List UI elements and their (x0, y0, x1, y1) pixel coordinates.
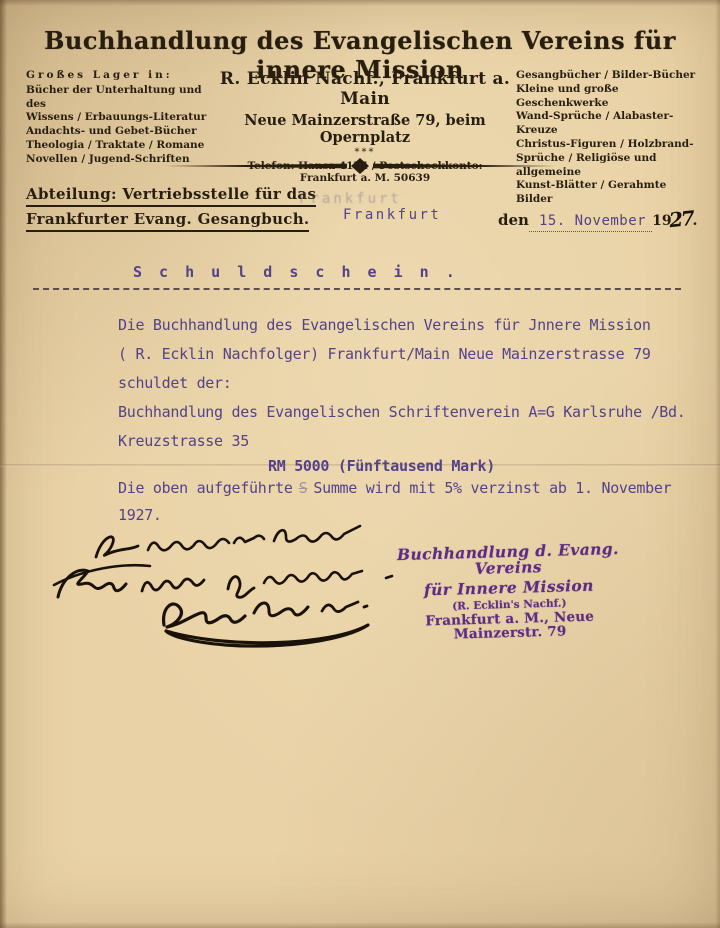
signature-line-board (96, 526, 360, 557)
dateline: den15. November1927. (498, 206, 698, 232)
typed-dashed-rule (33, 288, 681, 290)
signature-line-names (54, 565, 392, 597)
company-rubber-stamp: Buchhandlung d. Evang. Vereins für Inner… (382, 541, 637, 644)
body-line: Kreuzstrasse 35 (118, 432, 249, 450)
stock-list-line: Gesangbücher / Bilder-Bücher (516, 69, 702, 83)
stock-list-line: Kunst-Blätter / Gerahmte Bilder (516, 179, 702, 207)
proprietor-address: Neue Mainzerstraße 79, beim Opernplatz (218, 112, 512, 146)
divider-left-taper (165, 164, 347, 169)
stock-list-line: Theologia / Traktate / Romane (26, 139, 214, 153)
scanned-letter-page: Buchhandlung des Evangelischen Vereins f… (0, 0, 720, 928)
stock-list-heading: Großes Lager in: (26, 69, 214, 83)
typed-city: Frankfurt (343, 207, 441, 223)
divider-right-taper (373, 164, 555, 169)
interest-line: Die oben aufgeführteSSumme wird mit 5% v… (118, 479, 671, 497)
body-line: Buchhandlung des Evangelischen Schriften… (118, 403, 686, 421)
ghost-city-stamp: Frankfurt (299, 191, 402, 207)
signature-line-chair (164, 602, 368, 646)
interest-line-start: Die oben aufgeführte (118, 479, 293, 497)
stamp-line: Buchhandlung d. Evang. Vereins (382, 541, 635, 579)
date-dotted-leader: 15. November (529, 211, 652, 232)
department-block: Abteilung: Vertriebsstelle für das Frank… (26, 187, 316, 237)
interest-year-line: 1927. (118, 506, 162, 524)
stock-list-line: Kleine und große Geschenkwerke (516, 83, 702, 111)
department-line: Abteilung: Vertriebsstelle für das (26, 187, 316, 207)
paper-edge-shadow-top (0, 0, 720, 6)
interest-line-end: Summe wird mit 5% verzinst ab 1. Novembe… (313, 479, 671, 497)
date-prefix: den (498, 211, 529, 229)
document-heading: S c h u l d s c h e i n . (133, 263, 459, 281)
body-line: ( R. Ecklin Nachfolger) Frankfurt/Main N… (118, 345, 651, 363)
stock-list-line: Andachts- und Gebet-Bücher (26, 125, 214, 139)
stamp-line: für Innere Mission (383, 576, 635, 599)
department-line: Frankfurter Evang. Gesangbuch. (26, 212, 309, 232)
stamp-line: Frankfurt a. M., Neue Mainzerstr. 79 (384, 609, 637, 643)
body-line: schuldet der: (118, 374, 232, 392)
asterisk-ornament: *** (218, 147, 512, 158)
letterhead-stock-list-right: Gesangbücher / Bilder-Bücher Kleine und … (516, 69, 702, 207)
paper-edge-shadow-bottom (0, 922, 720, 928)
stock-list-line: Wand-Sprüche / Alabaster-Kreuze (516, 110, 702, 138)
diamond-ornament (351, 158, 369, 174)
proprietor-name: R. Ecklin Nachf., Frankfurt a. Main (218, 69, 512, 109)
struck-character: S (299, 479, 308, 497)
amount-line: RM 5000 (Fünftausend Mark) (268, 457, 495, 475)
body-line: Die Buchhandlung des Evangelischen Verei… (118, 316, 651, 334)
stock-list-line: Bücher der Unterhaltung und des (26, 84, 214, 112)
divider-rule (165, 158, 555, 174)
handwritten-signatures (52, 523, 408, 649)
typed-date: 15. November (539, 213, 646, 229)
stock-list-line: Christus-Figuren / Holzbrand- (516, 138, 702, 152)
stock-list-line: Wissens / Erbauungs-Literatur (26, 111, 214, 125)
handwritten-year-digits: 27 (667, 206, 693, 232)
